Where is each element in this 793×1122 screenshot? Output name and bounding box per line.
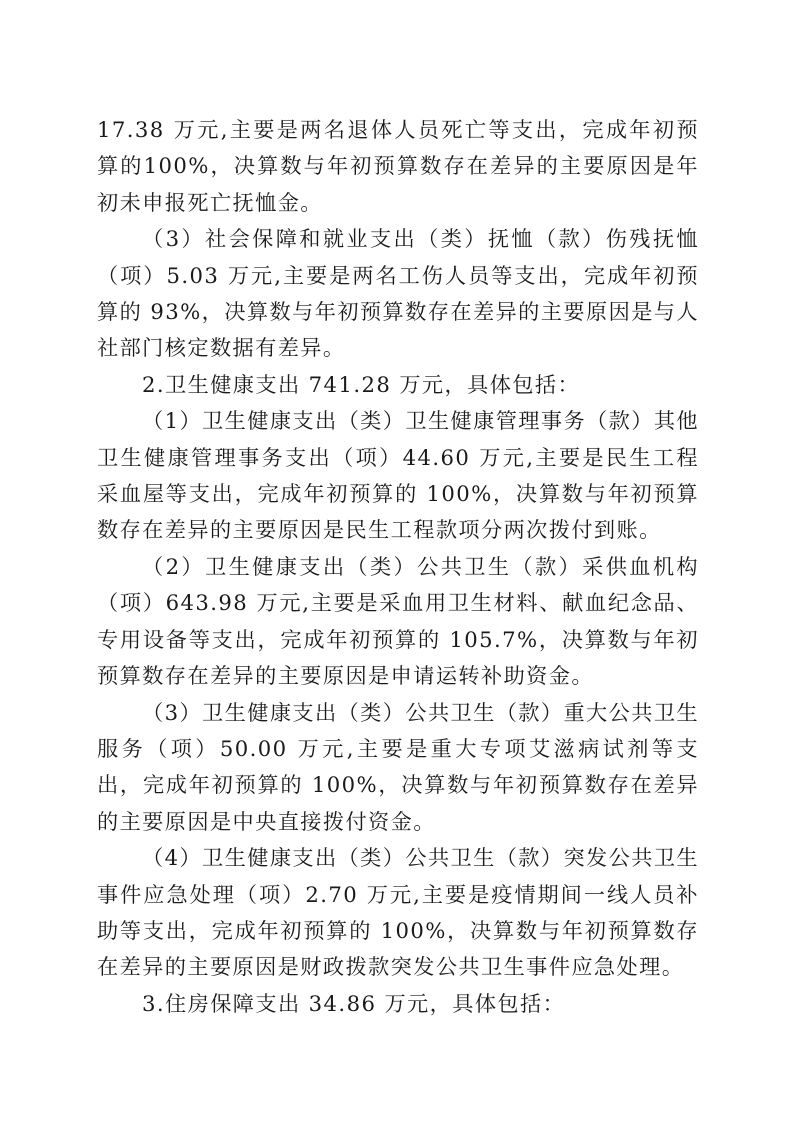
heading-housing-expenditure: 3.住房保障支出 34.86 万元，具体包括： (97, 986, 699, 1022)
paragraph-major-public-health: （3）卫生健康支出（类）公共卫生（款）重大公共卫生服务（项）50.00 万元,主… (97, 695, 699, 841)
paragraph-emergency-public-health: （4）卫生健康支出（类）公共卫生（款）突发公共卫生事件应急处理（项）2.70 万… (97, 840, 699, 986)
document-page: 17.38 万元,主要是两名退体人员死亡等支出，完成年初预算的100%，决算数与… (97, 112, 699, 1022)
heading-health-expenditure: 2.卫生健康支出 741.28 万元，具体包括： (97, 367, 699, 403)
paragraph-disability-pension: （3）社会保障和就业支出（类）抚恤（款）伤残抚恤（项）5.03 万元,主要是两名… (97, 221, 699, 367)
paragraph-health-admin-other: （1）卫生健康支出（类）卫生健康管理事务（款）其他卫生健康管理事务支出（项）44… (97, 403, 699, 549)
paragraph-retiree-death-pension: 17.38 万元,主要是两名退体人员死亡等支出，完成年初预算的100%，决算数与… (97, 112, 699, 221)
paragraph-blood-collection: （2）卫生健康支出（类）公共卫生（款）采供血机构（项）643.98 万元,主要是… (97, 549, 699, 695)
